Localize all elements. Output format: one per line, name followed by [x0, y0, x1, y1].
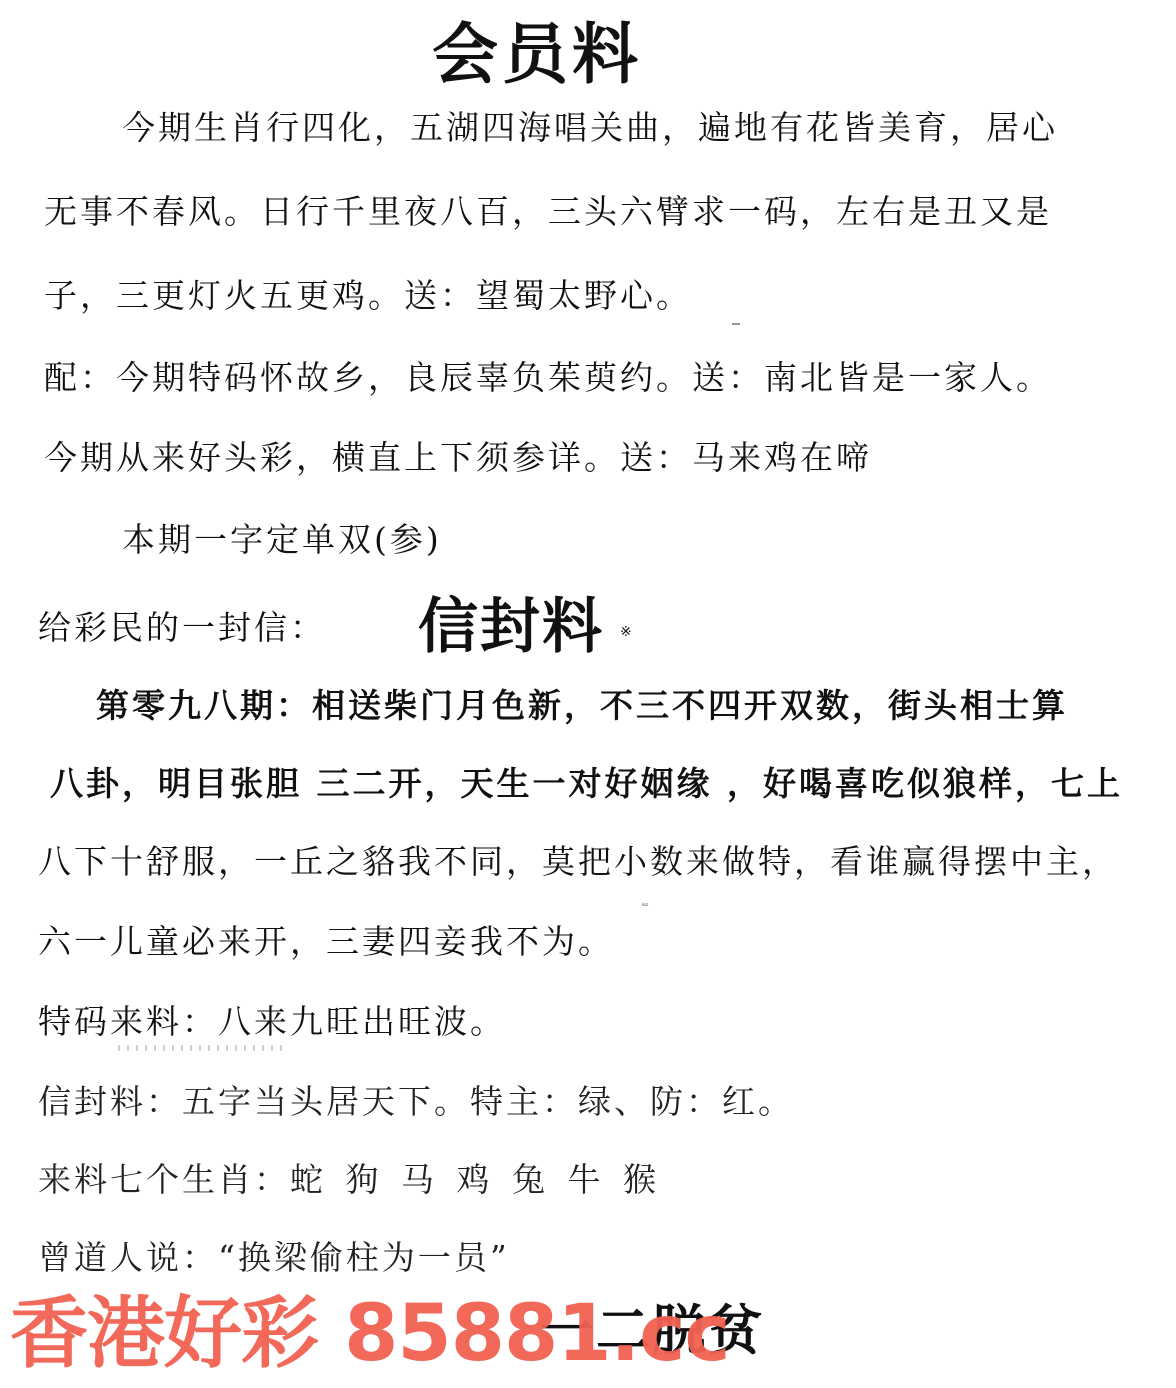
paragraph-line-6: 本期一字定单双(参) [122, 520, 442, 560]
zodiac-label: 来料七个生肖： [38, 1160, 290, 1199]
watermark: 香港好彩 85881.cc [10, 1288, 730, 1380]
xinfeng-line: 信封料：五字当头居天下。特主：绿、防：红。 [38, 1082, 794, 1122]
letter-title: 信封料 [418, 592, 604, 662]
saying-line: 曾道人说：“换梁偷柱为一员” [38, 1238, 510, 1278]
scan-artifact [732, 323, 740, 325]
letter-line-2: 八卦，明目张胆 三二开，天生一对好姻缘 ，好喝喜吃似狼样，七上 [50, 764, 1123, 804]
scan-artifact: ᵏᶻ [642, 902, 648, 912]
star-icon: ※ [620, 624, 632, 640]
letter-label: 给彩民的一封信： [38, 608, 326, 648]
zodiac-list: 蛇 狗 马 鸡 兔 牛 猴 [290, 1160, 662, 1199]
paragraph-line-2: 无事不春风。日行千里夜八百，三头六臂求一码，左右是丑又是 [44, 192, 1052, 232]
tema-line: 特码来料：八来九旺出旺波。 [38, 1002, 506, 1042]
paragraph-line-4: 配：今期特码怀故乡，良辰辜负茱萸约。送：南北皆是一家人。 [44, 358, 1052, 398]
paragraph-line-5: 今期从来好头彩，横直上下须参详。送：马来鸡在啼 [44, 438, 872, 478]
zodiac-line: 来料七个生肖：蛇 狗 马 鸡 兔 牛 猴 [38, 1160, 662, 1200]
scan-artifact [118, 1045, 288, 1051]
page-title: 会员料 [432, 14, 642, 94]
paragraph-line-1: 今期生肖行四化，五湖四海唱关曲，遍地有花皆美育，居心 [122, 108, 1058, 148]
letter-line-1: 第零九八期：相送柴门月色新，不三不四开双数，街头相士算 [96, 686, 1068, 726]
letter-line-3: 八下十舒服，一丘之貉我不同，莫把小数来做特，看谁赢得摆中主， [38, 842, 1118, 882]
letter-line-4: 六一儿童必来开，三妻四妾我不为。 [38, 922, 614, 962]
paragraph-line-3: 子，三更灯火五更鸡。送：望蜀太野心。 [44, 276, 692, 316]
